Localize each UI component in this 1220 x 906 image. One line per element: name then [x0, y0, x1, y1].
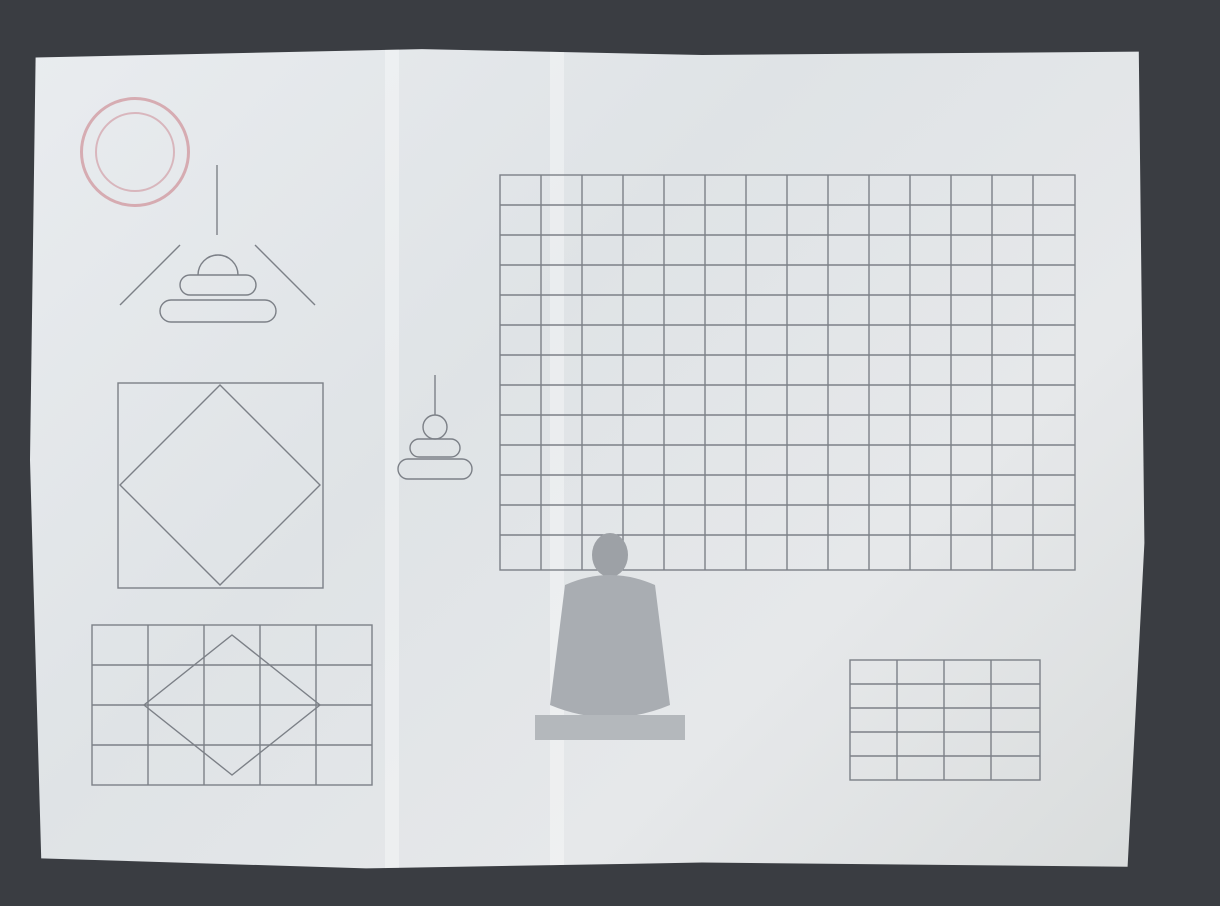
- center-pagoda-yantra: [398, 375, 472, 479]
- bottom-right-grid: [850, 660, 1040, 780]
- pyramid-yantra: [120, 165, 315, 322]
- staircase-grid: [500, 175, 1075, 570]
- yantra-drawings: [30, 45, 1150, 875]
- yantra-cloth: [30, 45, 1150, 875]
- monk-figure: [535, 525, 685, 745]
- diamond-yantra: [118, 383, 323, 588]
- bottom-left-grid: [92, 625, 372, 785]
